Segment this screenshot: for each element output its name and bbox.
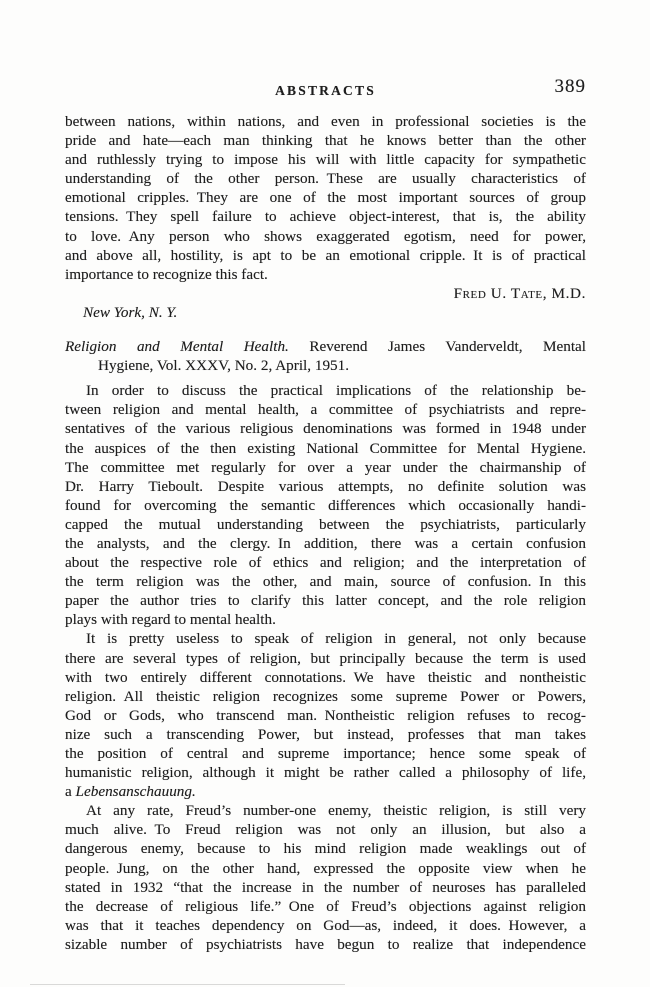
- text-segment: a: [65, 783, 72, 800]
- journal-page: ABSTRACTS 389 between nations, within na…: [0, 0, 650, 987]
- text-line: importance to recognize this fact.: [65, 265, 586, 284]
- text-line: sentatives of the various religious deno…: [65, 419, 586, 438]
- text-line: the decrease of religious life.” One of …: [65, 897, 586, 916]
- text-line: Dr. Harry Tieboult. Despite various atte…: [65, 477, 586, 496]
- text-line: found for overcoming the semantic differ…: [65, 496, 586, 515]
- scan-artifact-line: [30, 984, 345, 985]
- page-number: 389: [555, 77, 587, 96]
- text-line: In order to discuss the practical implic…: [65, 381, 586, 400]
- text-line: nize such a transcending Power, but inst…: [65, 725, 586, 744]
- text-line: tensions. They spell failure to achieve …: [65, 207, 586, 226]
- citation-authors: Reverend James Vanderveldt, Mental: [309, 338, 586, 355]
- text-line: tween religion and mental health, a comm…: [65, 400, 586, 419]
- text-line: paper the author tries to clarify this l…: [65, 591, 586, 610]
- text-line: the position of central and supreme impo…: [65, 744, 586, 763]
- running-head: ABSTRACTS: [65, 81, 586, 100]
- text-line: dangerous enemy, because to his mind rel…: [65, 839, 586, 858]
- text-line: religion. All theistic religion recogniz…: [65, 687, 586, 706]
- text-line: a Lebensanschauung.: [65, 782, 586, 801]
- text-line: pride and hate—each man thinking that he…: [65, 131, 586, 150]
- text-column: between nations, within nations, and eve…: [65, 112, 586, 954]
- text-line: It is pretty useless to speak of religio…: [65, 629, 586, 648]
- text-line: sizable number of psychiatrists have beg…: [65, 935, 586, 954]
- text-line: there are several types of religion, but…: [65, 649, 586, 668]
- text-line: was that it teaches dependency on God—as…: [65, 916, 586, 935]
- text-line: capped the mutual understanding between …: [65, 515, 586, 534]
- text-line: and ruthlessly trying to impose his will…: [65, 150, 586, 169]
- page-header: ABSTRACTS 389: [65, 81, 586, 101]
- text-line: between nations, within nations, and eve…: [65, 112, 586, 131]
- citation-title: Religion and Mental Health.: [65, 338, 289, 355]
- text-line: the analysts, and the clergy. In additio…: [65, 534, 586, 553]
- author-signature: Fred U. Tate, M.D.: [65, 284, 586, 303]
- author-location: New York, N. Y.: [65, 303, 586, 322]
- citation-line: Religion and Mental Health. Reverend Jam…: [65, 337, 586, 356]
- text-line: understanding of the other person. These…: [65, 169, 586, 188]
- text-line: and above all, hostility, is apt to be a…: [65, 246, 586, 265]
- text-line: about the respective role of ethics and …: [65, 553, 586, 572]
- text-line: emotional cripples. They are one of the …: [65, 188, 586, 207]
- text-line: the term religion was the other, and mai…: [65, 572, 586, 591]
- text-line: humanistic religion, although it might b…: [65, 763, 586, 782]
- text-line: much alive. To Freud religion was not on…: [65, 820, 586, 839]
- text-line: At any rate, Freud’s number-one enemy, t…: [65, 801, 586, 820]
- italic-term: Lebensanschauung.: [76, 783, 196, 800]
- text-line: stated in 1932 “that the increase in the…: [65, 878, 586, 897]
- text-line: plays with regard to mental health.: [65, 610, 586, 629]
- text-line: the auspices of the then existing Nation…: [65, 439, 586, 458]
- text-line: The committee met regularly for over a y…: [65, 458, 586, 477]
- text-line: with two entirely different connotations…: [65, 668, 586, 687]
- text-line: to love. Any person who shows exaggerate…: [65, 227, 586, 246]
- text-line: God or Gods, who transcend man. Nontheis…: [65, 706, 586, 725]
- text-line: people. Jung, on the other hand, express…: [65, 859, 586, 878]
- citation-line: Hygiene, Vol. XXXV, No. 2, April, 1951.: [65, 356, 586, 375]
